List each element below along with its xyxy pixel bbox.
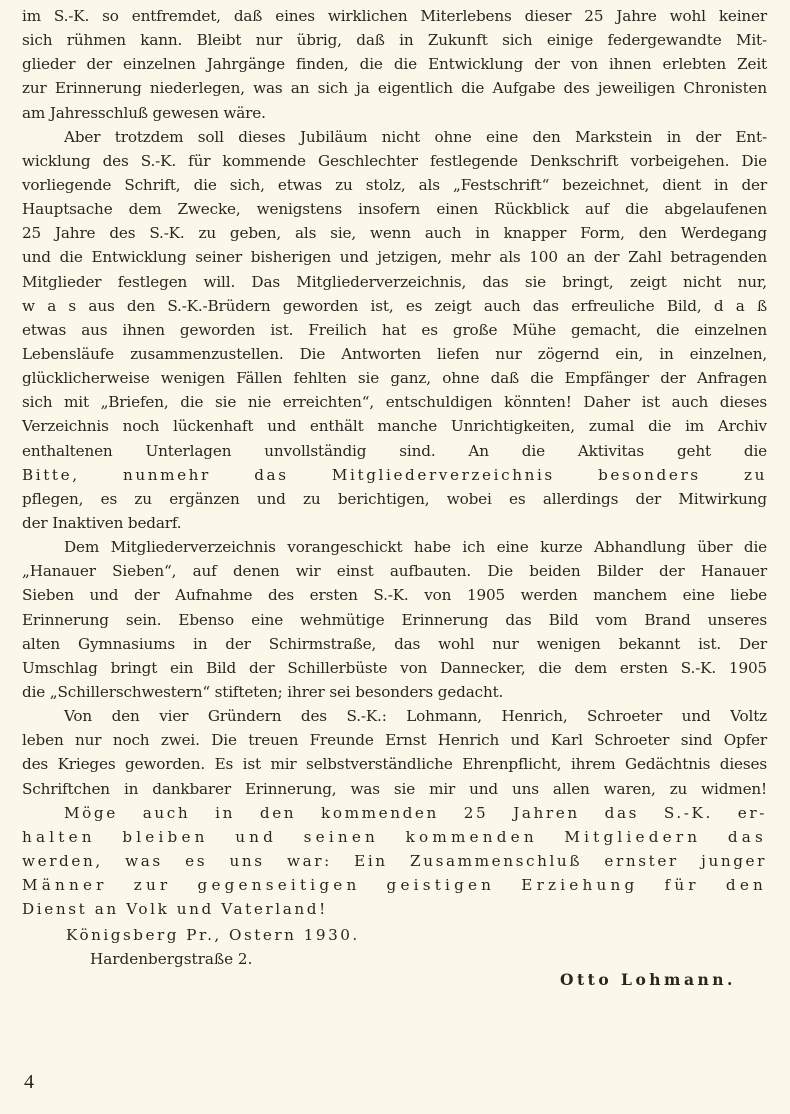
text-line: enthaltenen Unterlagen unvollständig sin… xyxy=(22,439,767,463)
place-date-line: Königsberg Pr., Ostern 1930. xyxy=(66,926,360,944)
text-line: Sieben und der Aufnahme des ersten S.-K.… xyxy=(22,583,767,607)
text-line: wicklung des S.-K. für kommende Geschlec… xyxy=(22,149,767,173)
text-line: am Jahresschluß gewesen wäre. xyxy=(22,101,767,125)
text-line: sich mit „Briefen, die sie nie erreichte… xyxy=(22,390,767,414)
text-line: des Krieges geworden. Es ist mir selbstv… xyxy=(22,752,767,776)
text-line: Erinnerung sein. Ebenso eine wehmütige E… xyxy=(22,608,767,632)
text-line: glücklicherweise wenigen Fällen fehlten … xyxy=(22,366,767,390)
text-line: Von den vier Gründern des S.-K.: Lohmann… xyxy=(22,704,767,728)
text-line: sich rühmen kann. Bleibt nur übrig, daß … xyxy=(22,28,767,52)
text-line: werden, was es uns war: Ein Zusammenschl… xyxy=(22,849,767,873)
text-line: zur Erinnerung niederlegen, was an sich … xyxy=(22,76,767,100)
text-line: Dem Mitgliederverzeichnis vorangeschickt… xyxy=(22,535,767,559)
text-line: Bitte, nunmehr das Mitgliederverzeichnis… xyxy=(22,463,767,487)
text-line: der Inaktiven bedarf. xyxy=(22,511,767,535)
text-line: Lebensläufe zusammenzustellen. Die Antwo… xyxy=(22,342,767,366)
text-line: w a s aus den S.-K.-Brüdern geworden ist… xyxy=(22,294,767,318)
text-line: leben nur noch zwei. Die treuen Freunde … xyxy=(22,728,767,752)
author-signature: Otto Lohmann. xyxy=(560,970,736,989)
text-line: Schriftchen in dankbarer Erinnerung, was… xyxy=(22,777,767,801)
text-line: Möge auch in den kommenden 25 Jahren das… xyxy=(22,801,767,825)
text-line: Aber trotzdem soll dieses Jubiläum nicht… xyxy=(22,125,767,149)
text-line: und die Entwicklung seiner bisherigen un… xyxy=(22,245,767,269)
text-line: Umschlag bringt ein Bild der Schillerbüs… xyxy=(22,656,767,680)
text-line: die „Schillerschwestern“ stifteten; ihre… xyxy=(22,680,767,704)
text-line: glieder der einzelnen Jahrgänge finden, … xyxy=(22,52,767,76)
text-line: halten bleiben und seinen kommenden Mitg… xyxy=(22,825,767,849)
text-line: 25 Jahre des S.-K. zu geben, als sie, we… xyxy=(22,221,767,245)
text-line: Verzeichnis noch lückenhaft und enthält … xyxy=(22,414,767,438)
text-line: vorliegende Schrift, die sich, etwas zu … xyxy=(22,173,767,197)
text-line: pflegen, es zu ergänzen und zu berichtig… xyxy=(22,487,767,511)
text-line: Dienst an Volk und Vaterland! xyxy=(22,897,767,921)
document-page: im S.-K. so entfremdet, daß eines wirkli… xyxy=(0,0,790,1114)
body-text: im S.-K. so entfremdet, daß eines wirkli… xyxy=(22,4,767,921)
text-line: Hauptsache dem Zwecke, wenigstens insofe… xyxy=(22,197,767,221)
text-line: etwas aus ihnen geworden ist. Freilich h… xyxy=(22,318,767,342)
text-line: im S.-K. so entfremdet, daß eines wirkli… xyxy=(22,4,767,28)
text-line: Männer zur gegenseitigen geistigen Erzie… xyxy=(22,873,767,897)
page-number: 4 xyxy=(24,1071,34,1094)
text-line: alten Gymnasiums in der Schirmstraße, da… xyxy=(22,632,767,656)
text-line: „Hanauer Sieben“, auf denen wir einst au… xyxy=(22,559,767,583)
address-line: Hardenbergstraße 2. xyxy=(90,950,252,968)
text-line: Mitglieder festlegen will. Das Mitgliede… xyxy=(22,270,767,294)
